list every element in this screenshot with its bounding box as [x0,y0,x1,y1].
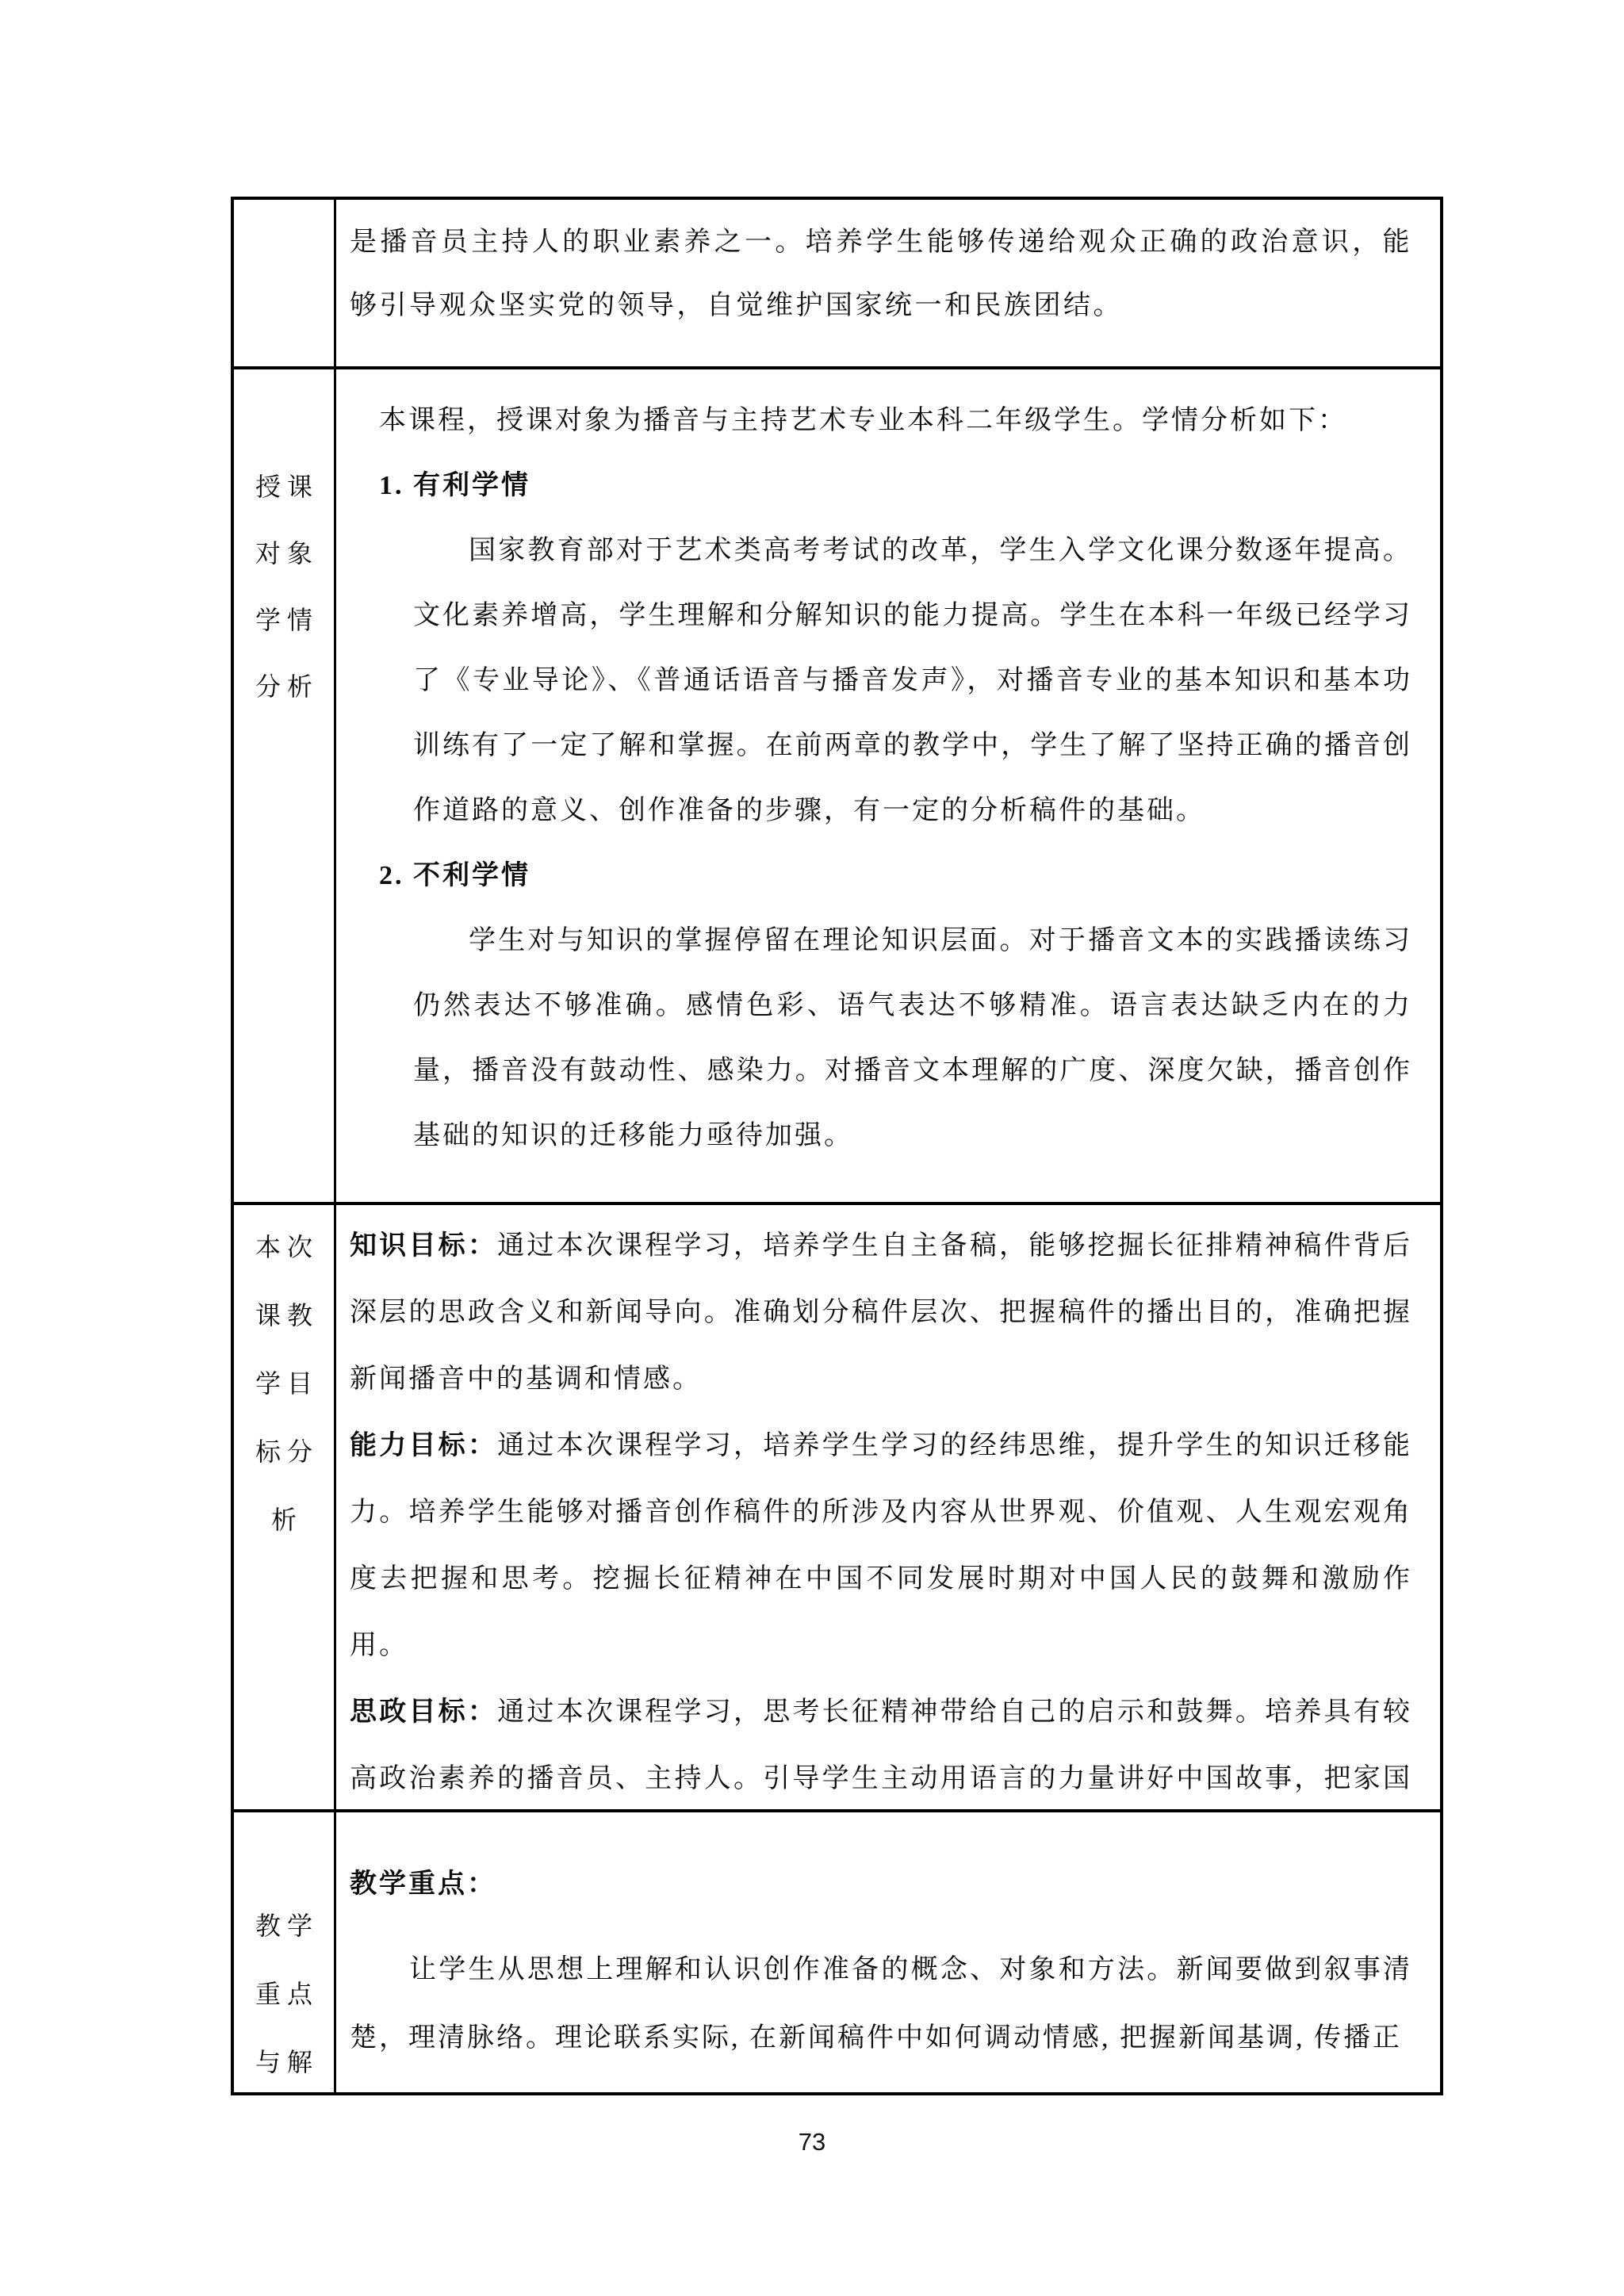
row3-content-cell: 知识目标：通过本次课程学习，培养学生自主备稿，能够挖掘长征排精神稿件背后深层的思… [334,1202,1440,1809]
knowledge-goal-label: 知识目标： [350,1231,497,1261]
ideology-goal-label: 思政目标： [350,1697,497,1727]
favorable-situation-heading: 1. 有利学情 [379,453,1412,519]
row2-label-cell: 授课 对象 学情 分析 [234,366,334,1202]
row4-label-cell: 教学 重点 与解 [234,1809,334,2092]
row1-label-cell [234,200,334,366]
ideology-goal-paragraph: 思政目标：通过本次课程学习，思考长征精神带给自己的启示和鼓舞。培养具有较高政治素… [350,1679,1412,1809]
ideology-goal-text: 通过本次课程学习，思考长征精神带给自己的启示和鼓舞。培养具有较高政治素养的播音员… [350,1697,1412,1809]
row4-label-line: 与解 [234,2028,334,2092]
lesson-plan-table: 是播音员主持人的职业素养之一。培养学生能够传递给观众正确的政治意识，能够引导观众… [231,197,1443,2095]
row4-label-line: 教学 [234,1892,334,1960]
row3-label-line: 析 [234,1486,334,1554]
row3-label-line: 标分 [234,1418,334,1486]
teaching-focus-paragraph: 让学生从思想上理解和认识创作准备的概念、对象和方法。新闻要做到叙事清楚，理清脉络… [350,1936,1412,2072]
knowledge-goal-text: 通过本次课程学习，培养学生自主备稿，能够挖掘长征排精神稿件背后深层的思政含义和新… [350,1231,1412,1394]
unfavorable-situation-paragraph: 学生对与知识的掌握停留在理论知识层面。对于播音文本的实践播读练习仍然表达不够准确… [413,909,1412,1169]
row2-label-line: 学情 [234,587,334,653]
row3-label-line: 学目 [234,1349,334,1418]
row3-label-cell: 本次 课教 学目 标分 析 [234,1202,334,1809]
row4-label-line: 重点 [234,1960,334,2028]
row2-label-line: 对象 [234,520,334,587]
row3-label-line: 课教 [234,1281,334,1349]
row2-label-line: 分析 [234,653,334,720]
unfavorable-situation-heading: 2. 不利学情 [379,844,1412,909]
page-number: 73 [0,2128,1624,2156]
row2-label-line: 授课 [234,453,334,520]
row2-content-cell: 本课程，授课对象为播音与主持艺术专业本科二年级学生。学情分析如下： 1. 有利学… [334,366,1440,1202]
ability-goal-label: 能力目标： [350,1431,497,1460]
teaching-focus-heading: 教学重点： [350,1850,1412,1919]
row1-content-cell: 是播音员主持人的职业素养之一。培养学生能够传递给观众正确的政治意识，能够引导观众… [334,200,1440,366]
knowledge-goal-paragraph: 知识目标：通过本次课程学习，培养学生自主备稿，能够挖掘长征排精神稿件背后深层的思… [350,1213,1412,1413]
document-page: 是播音员主持人的职业素养之一。培养学生能够传递给观众正确的政治意识，能够引导观众… [0,0,1624,2296]
row4-content-cell: 教学重点： 让学生从思想上理解和认识创作准备的概念、对象和方法。新闻要做到叙事清… [334,1809,1440,2092]
ability-goal-paragraph: 能力目标：通过本次课程学习，培养学生学习的经纬思维，提升学生的知识迁移能力。培养… [350,1413,1412,1679]
continuation-paragraph: 是播音员主持人的职业素养之一。培养学生能够传递给观众正确的政治意识，能够引导观众… [350,211,1412,338]
row3-label-line: 本次 [234,1213,334,1281]
favorable-situation-paragraph: 国家教育部对于艺术类高考考试的改革，学生入学文化课分数逐年提高。文化素养增高，学… [413,519,1412,844]
audience-intro: 本课程，授课对象为播音与主持艺术专业本科二年级学生。学情分析如下： [379,388,1412,453]
ability-goal-text: 通过本次课程学习，培养学生学习的经纬思维，提升学生的知识迁移能力。培养学生能够对… [350,1431,1412,1660]
